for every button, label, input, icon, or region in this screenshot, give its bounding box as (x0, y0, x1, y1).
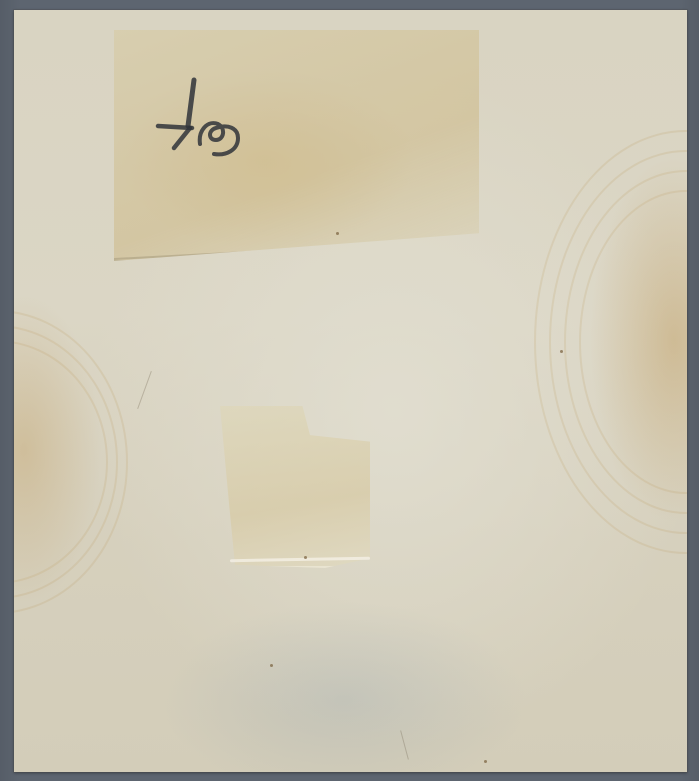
pencil-annotation: 64 (154, 74, 244, 160)
paper-speck (270, 664, 273, 667)
paper-fiber (400, 730, 409, 759)
paper-speck (560, 350, 563, 353)
stamp-back: 64 (14, 10, 687, 772)
paper-speck (336, 232, 339, 235)
hinge-remnant-lower (220, 406, 370, 568)
paper-fiber (137, 371, 152, 409)
pencil-numeral-icon (154, 74, 244, 160)
paper-speck (304, 556, 307, 559)
paper-speck (484, 760, 487, 763)
